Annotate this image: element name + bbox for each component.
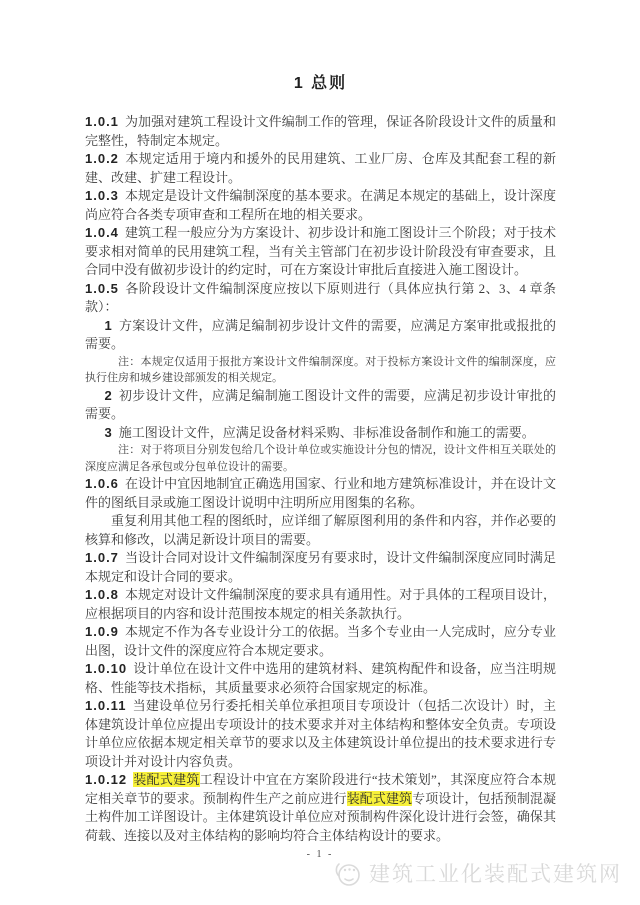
clause-text: 重复利用其他工程的图纸时，应详细了解原图利用的条件和内容，并作必要的核算和修改，… <box>85 513 556 547</box>
clause-text: 当设计合同对设计文件编制深度另有要求时，设计文件编制深度应同时满足本规定和设计合… <box>85 550 556 584</box>
clause-text: 施工图设计文件，应满足设备材料采购、非标准设备制作和施工的需要。 <box>119 425 535 440</box>
highlighted-term: 装配式建筑 <box>347 791 412 806</box>
clause-1.0.3: 1.0.3本规定是设计文件编制深度的基本要求。在满足本规定的基础上，设计深度尚应… <box>85 187 556 224</box>
clause-text: 本规定是设计文件编制深度的基本要求。在满足本规定的基础上，设计深度尚应符合各类专… <box>85 188 556 222</box>
clause-text: 各阶段设计文件编制深度应按以下原则进行（具体应执行第 2、3、4 章条款）： <box>85 281 556 315</box>
clause-number: 1.0.1 <box>85 114 119 129</box>
page-title: 1 总则 <box>85 70 556 93</box>
sub-2: 2初步设计文件，应满足编制施工图设计文件的需要，应满足初步设计审批的需要。 <box>85 387 556 424</box>
highlighted-term: 装配式建筑 <box>133 772 200 787</box>
clause-number: 2 <box>105 388 113 403</box>
clause-1.0.9: 1.0.9本规定不作为各专业设计分工的依据。当多个专业由一人完成时，应分专业出图… <box>85 623 556 660</box>
clause-text: 设计单位在设计文件中选用的建筑材料、建筑构配件和设备，应当注明规格、性能等技术指… <box>85 661 556 695</box>
clause-number: 1.0.5 <box>85 281 119 296</box>
clause-number: 1.0.8 <box>85 587 119 602</box>
clause-number: 1.0.7 <box>85 550 119 565</box>
clause-1.0.12: 1.0.12装配式建筑工程设计中宜在方案阶段进行“技术策划”，其深度应符合本规定… <box>85 771 556 845</box>
clause-1.0.11: 1.0.11当建设单位另行委托相关单位承担项目专项设计（包括二次设计）时，主体建… <box>85 697 556 771</box>
clause-number: 1.0.10 <box>85 661 127 676</box>
clause-number: 1.0.12 <box>85 772 127 787</box>
document-page: 1 总则 1.0.1为加强对建筑工程设计文件编制工作的管理，保证各阶段设计文件的… <box>0 0 640 905</box>
clause-text: 在设计中宜因地制宜正确选用国家、行业和地方建筑标准设计，并在设计文件的图纸目录或… <box>85 476 556 510</box>
watermark-label: 建筑工业化装配式建筑网 <box>369 858 622 888</box>
clause-1.0.10: 1.0.10设计单位在设计文件中选用的建筑材料、建筑构配件和设备，应当注明规格、… <box>85 660 556 697</box>
clause-number: 1 <box>105 318 113 333</box>
clause-1.0.6: 1.0.6在设计中宜因地制宜正确选用国家、行业和地方建筑标准设计，并在设计文件的… <box>85 475 556 512</box>
clause-1.0.1: 1.0.1为加强对建筑工程设计文件编制工作的管理，保证各阶段设计文件的质量和完整… <box>85 113 556 150</box>
clause-number: 1.0.6 <box>85 476 119 491</box>
clause-number: 1.0.3 <box>85 188 119 203</box>
note-block: 注：本规定仅适用于报批方案设计文件编制深度。对于投标方案设计文件的编制深度，应执… <box>85 354 556 387</box>
document-body: 1.0.1为加强对建筑工程设计文件编制工作的管理，保证各阶段设计文件的质量和完整… <box>85 113 556 845</box>
note-block: 注：对于将项目分别发包给几个设计单位或实施设计分包的情况，设计文件相互关联处的深… <box>85 442 556 475</box>
clause-1.0.8: 1.0.8本规定对设计文件编制深度的要求具有通用性。对于具体的工程项目设计，应根… <box>85 586 556 623</box>
para-block: 重复利用其他工程的图纸时，应详细了解原图利用的条件和内容，并作必要的核算和修改，… <box>85 512 556 549</box>
clause-number: 1.0.2 <box>85 151 119 166</box>
clause-1.0.2: 1.0.2本规定适用于境内和援外的民用建筑、工业厂房、仓库及其配套工程的新建、改… <box>85 150 556 187</box>
clause-1.0.4: 1.0.4建筑工程一般应分为方案设计、初步设计和施工图设计三个阶段；对于技术要求… <box>85 224 556 280</box>
clause-number: 3 <box>105 425 113 440</box>
document-content: 1 总则 1.0.1为加强对建筑工程设计文件编制工作的管理，保证各阶段设计文件的… <box>85 70 556 845</box>
clause-number: 1.0.9 <box>85 624 119 639</box>
clause-number: 1.0.4 <box>85 225 119 240</box>
smiley-face-logo-icon <box>332 857 364 889</box>
clause-text: 初步设计文件，应满足编制施工图设计文件的需要，应满足初步设计审批的需要。 <box>85 388 556 422</box>
sub-1: 1方案设计文件，应满足编制初步设计文件的需要，应满足方案审批或报批的需要。 <box>85 317 556 354</box>
clause-1.0.7: 1.0.7当设计合同对设计文件编制深度另有要求时，设计文件编制深度应同时满足本规… <box>85 549 556 586</box>
clause-text: 建筑工程一般应分为方案设计、初步设计和施工图设计三个阶段；对于技术要求相对简单的… <box>85 225 556 277</box>
clause-number: 1.0.11 <box>85 698 126 713</box>
sub-3: 3施工图设计文件，应满足设备材料采购、非标准设备制作和施工的需要。 <box>85 424 556 443</box>
clause-1.0.5: 1.0.5各阶段设计文件编制深度应按以下原则进行（具体应执行第 2、3、4 章条… <box>85 280 556 317</box>
clause-text: 方案设计文件，应满足编制初步设计文件的需要，应满足方案审批或报批的需要。 <box>85 318 556 352</box>
watermark: 建筑工业化装配式建筑网 <box>332 857 622 889</box>
clause-text: 本规定适用于境内和援外的民用建筑、工业厂房、仓库及其配套工程的新建、改建、扩建工… <box>85 151 556 185</box>
clause-text: 当建设单位另行委托相关单位承担项目专项设计（包括二次设计）时，主体建筑设计单位应… <box>85 698 556 769</box>
clause-text: 本规定对设计文件编制深度的要求具有通用性。对于具体的工程项目设计，应根据项目的内… <box>85 587 556 621</box>
clause-text: 本规定不作为各专业设计分工的依据。当多个专业由一人完成时，应分专业出图，设计文件… <box>85 624 556 658</box>
clause-text: 注：本规定仅适用于报批方案设计文件编制深度。对于投标方案设计文件的编制深度，应执… <box>85 356 556 385</box>
clause-text: 注：对于将项目分别发包给几个设计单位或实施设计分包的情况，设计文件相互关联处的深… <box>85 444 556 473</box>
clause-text: 为加强对建筑工程设计文件编制工作的管理，保证各阶段设计文件的质量和完整性，特制定… <box>85 114 556 148</box>
